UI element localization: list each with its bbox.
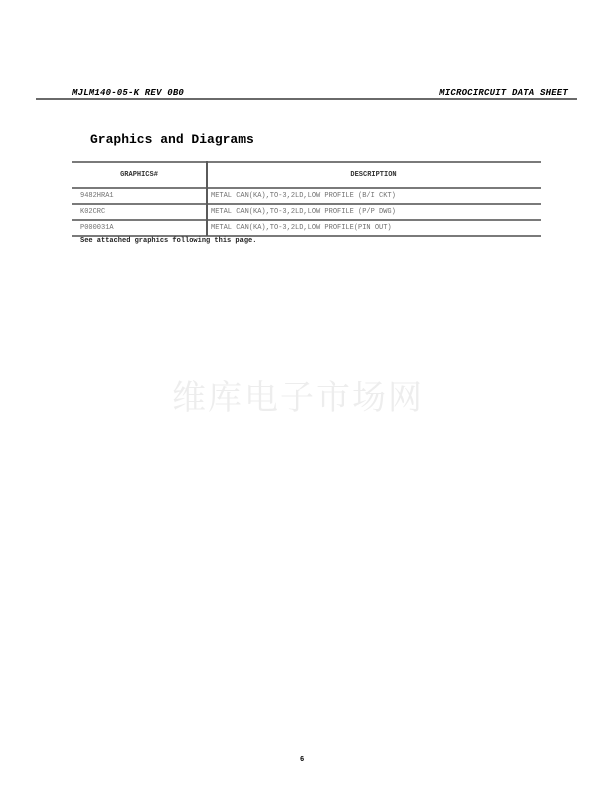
graphic-description: METAL CAN(KA),TO-3,2LD,LOW PROFILE (B/I … (206, 189, 541, 203)
column-header-graphics: GRAPHICS# (72, 163, 206, 187)
watermark: 维库电子市场网 (172, 370, 424, 419)
section-title: Graphics and Diagrams (90, 132, 254, 147)
graphic-id: K02CRC (72, 205, 206, 219)
column-header-description: DESCRIPTION (206, 163, 541, 187)
header-doc-id: MJLM140-05-K REV 0B0 (72, 88, 184, 98)
graphic-id: P000031A (72, 221, 206, 235)
header-rule (36, 98, 577, 100)
graphics-table: GRAPHICS# DESCRIPTION 9482HRA1 METAL CAN… (72, 161, 541, 237)
graphic-description: METAL CAN(KA),TO-3,2LD,LOW PROFILE(PIN O… (206, 221, 541, 235)
attached-graphics-note: See attached graphics following this pag… (80, 237, 256, 245)
table-header-row: GRAPHICS# DESCRIPTION (72, 163, 541, 187)
page-number: 6 (300, 756, 304, 764)
table-row: K02CRC METAL CAN(KA),TO-3,2LD,LOW PROFIL… (72, 205, 541, 219)
column-divider (206, 161, 208, 236)
graphic-id: 9482HRA1 (72, 189, 206, 203)
table-row: 9482HRA1 METAL CAN(KA),TO-3,2LD,LOW PROF… (72, 189, 541, 203)
table-row: P000031A METAL CAN(KA),TO-3,2LD,LOW PROF… (72, 221, 541, 235)
graphic-description: METAL CAN(KA),TO-3,2LD,LOW PROFILE (P/P … (206, 205, 541, 219)
header-doc-type: MICROCIRCUIT DATA SHEET (439, 88, 568, 98)
